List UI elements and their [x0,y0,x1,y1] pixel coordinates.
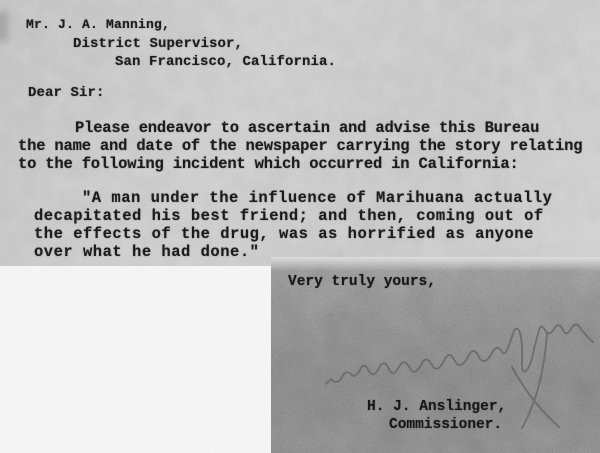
signer-title-line: Commissioner. [389,417,502,433]
scan-region-top-fade [271,257,600,271]
scan-edge-smudge [0,12,8,42]
quote-line-4: over what he had done." [34,244,259,260]
quote-line-2: decapitated his best friend; and then, c… [34,208,544,224]
recipient-title-line: District Supervisor, [73,36,243,52]
salutation: Dear Sir: [28,85,105,101]
closing-line: Very truly yours, [288,274,436,290]
scanned-letter-document: Mr. J. A. Manning, District Supervisor, … [0,0,600,453]
recipient-city-line: San Francisco, California. [115,54,336,70]
body-line-3: to the following incident which occurred… [18,156,519,172]
quote-line-3: the effects of the drug, was as horrifie… [34,226,534,242]
body-line-1: Please endeavor to ascertain and advise … [75,120,539,136]
recipient-name-line: Mr. J. A. Manning, [26,17,170,33]
quote-line-1: "A man under the influence of Marihuana … [82,190,552,206]
body-line-2: the name and date of the newspaper carry… [18,138,582,154]
signer-name-line: H. J. Anslinger, [367,399,506,415]
